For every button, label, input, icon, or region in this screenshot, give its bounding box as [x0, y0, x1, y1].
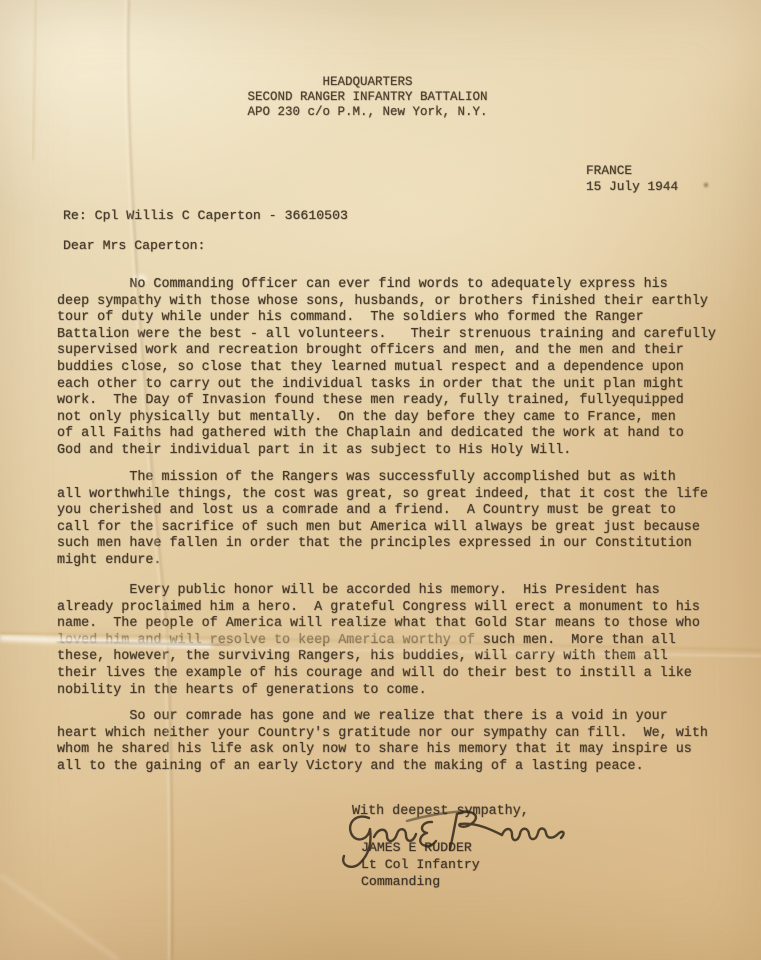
signature-stroke-udder [502, 829, 564, 841]
salutation: Dear Mrs Caperton: [63, 238, 205, 253]
ink-speck [704, 183, 708, 187]
signature-block: JAMES E RUDDER Lt Col Infantry Commandin… [361, 839, 480, 891]
typed-name: JAMES E RUDDER [361, 839, 480, 856]
paragraph-4: So our comrade has gone and we realize t… [57, 709, 757, 775]
letterhead-line2: SECOND RANGER INFANTRY BATTALION [0, 90, 735, 105]
paragraph-3: Every public honor will be accorded his … [57, 583, 757, 699]
letterhead-line3: APO 230 c/o P.M., New York, N.Y. [0, 105, 735, 120]
title-line: Commanding [361, 873, 480, 890]
rank-line: Lt Col Infantry [361, 856, 480, 873]
paragraph-2: The mission of the Rangers was successfu… [57, 470, 757, 570]
letter-page: HEADQUARTERS SECOND RANGER INFANTRY BATT… [0, 0, 761, 960]
reference-line: Re: Cpl Willis C Caperton - 36610503 [63, 208, 348, 223]
paragraph-1: No Commanding Officer can ever find word… [57, 277, 757, 460]
letterhead-line1: HEADQUARTERS [0, 75, 735, 90]
dateline-date: 15 July 1944 [586, 179, 678, 195]
letterhead: HEADQUARTERS SECOND RANGER INFANTRY BATT… [0, 75, 735, 120]
corner-crease [0, 875, 118, 960]
dateline: FRANCE 15 July 1944 [586, 163, 678, 195]
dateline-place: FRANCE [586, 163, 678, 179]
valediction: With deepest sympathy, [352, 804, 529, 819]
